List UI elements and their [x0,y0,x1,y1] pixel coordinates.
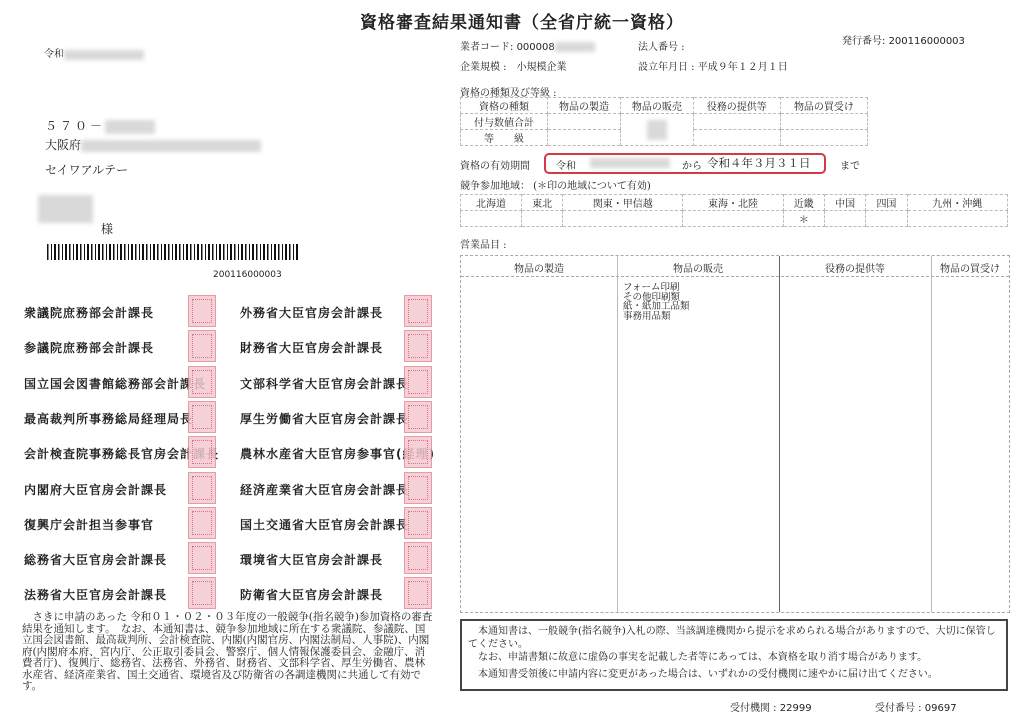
official-seal-stamp [404,507,432,539]
qual-cell [548,130,621,146]
reception-number-value: 09697 [925,703,957,714]
official-seal-stamp [188,436,216,468]
reception-number-label: 受付番号 : [875,703,922,714]
validity-label: 資格の有効期間 [460,157,530,172]
qual-header: 物品の製造 [548,98,621,114]
region-header: 東海・北陸 [683,195,783,211]
notice-line: 本通知書受領後に申請内容に変更があった場合は、いずれかの受付機関に速やかに届け出… [468,668,1000,681]
official-seal-stamp [404,330,432,362]
issue-number-value: 200116000003 [889,36,965,47]
vendor-code-label: 業者コード: [460,42,513,53]
date-prefix: 令和 [44,49,64,60]
official-seal-stamp [404,577,432,609]
issue-number: 発行番号: 200116000003 [842,32,965,47]
sales-item: 事務用品類 [623,312,690,322]
qual-row-label: 付与数値合計 [461,114,548,130]
official-title: 経済産業省大臣官房会計課長 [240,481,409,498]
official-title: 最高裁判所事務総局経理局長 [24,410,193,427]
date-line: 令和 [44,45,144,60]
region-mark [824,211,865,227]
redacted-date [64,50,144,60]
official-seal-stamp [188,401,216,433]
founded-date: 設立年月日 : 平成９年１２月１日 [638,58,788,73]
redacted-person [38,195,93,223]
region-header: 東北 [521,195,562,211]
official-title: 復興庁会計担当参事官 [24,516,154,533]
postal-code: ５７０－ [45,117,155,134]
business-items-table: 物品の製造 物品の販売 役務の提供等 物品の買受け フォーム印刷 その他印刷類 … [460,255,1010,613]
qual-header: 物品の買受け [780,98,867,114]
honorific: 様 [101,220,113,237]
founded-value: 平成９年１２月１日 [698,62,788,73]
business-items-label: 営業品目 : [460,236,507,251]
issue-number-label: 発行番号: [842,36,885,47]
qual-cell [548,114,621,130]
founded-label: 設立年月日 : [638,62,695,73]
regions-table: 北海道 東北 関東・甲信越 東海・北陸 近畿 中国 四国 九州・沖縄 ＊ [460,194,1008,227]
official-title: 環境省大臣官房会計課長 [240,551,383,568]
postal-prefix: ５７０－ [45,119,105,133]
region-mark [563,211,683,227]
qualification-header-row: 資格の種類 物品の製造 物品の販売 役務の提供等 物品の買受け [461,98,868,114]
document-title: 資格審査結果通知書（全省庁統一資格） [360,8,684,33]
company-scale-label: 企業規模 : [460,62,507,73]
official-seal-stamp [188,542,216,574]
official-seal-stamp [404,366,432,398]
official-title: 参議院庶務部会計課長 [24,339,154,356]
items-header: 物品の販売 [617,260,779,275]
region-mark [866,211,907,227]
region-header: 九州・沖縄 [907,195,1007,211]
official-title: 国土交通省大臣官房会計課長 [240,516,409,533]
reception-org-value: 22999 [780,703,812,714]
validity-to: 令和４年３月３１日 [707,155,811,171]
company-scale: 企業規模 : 小規模企業 [460,58,567,73]
regions-mark-row: ＊ [461,211,1008,227]
qual-header: 資格の種類 [461,98,548,114]
validity-until: まで [840,157,860,172]
qual-row-label: 等 級 [461,130,548,146]
qualification-table: 資格の種類 物品の製造 物品の販売 役務の提供等 物品の買受け 付与数値合計 等… [460,97,868,146]
items-header: 役務の提供等 [779,260,931,275]
notice-line: 本通知書は、一般競争(指名競争)入札の際、当該調達機関から提示を求められる場合が… [468,625,1000,651]
official-seal-stamp [404,542,432,574]
region-header: 関東・甲信越 [563,195,683,211]
region-header: 近畿 [783,195,824,211]
official-title: 衆議院庶務部会計課長 [24,304,154,321]
region-mark [521,211,562,227]
items-header: 物品の買受け [931,260,1009,275]
reception-org-label: 受付機関 : [730,703,777,714]
region-header: 四国 [866,195,907,211]
official-seal-stamp [404,472,432,504]
official-seal-stamp [188,295,216,327]
region-header: 中国 [824,195,865,211]
redacted-vendor-code [555,42,595,52]
validity-from-prefix: 令和 [556,157,576,172]
company-name: セイワアルテー [45,161,128,178]
reception-org: 受付機関 : 22999 [730,699,812,714]
official-title: 財務省大臣官房会計課長 [240,339,383,356]
region-mark [461,211,522,227]
qualification-row: 付与数値合計 [461,114,868,130]
sales-items-list: フォーム印刷 その他印刷類 紙・紙加工品類 事務用品類 [623,283,690,321]
address-prefix: 大阪府 [45,138,81,152]
redacted-postal [105,120,155,134]
vendor-code-value: 000008 [517,42,555,53]
region-mark [683,211,783,227]
official-seal-stamp [188,366,216,398]
official-title: 内閣府大臣官房会計課長 [24,481,167,498]
official-seal-stamp [188,472,216,504]
corp-number-label: 法人番号 : [638,38,685,53]
barcode [47,244,299,260]
qual-header: 役務の提供等 [693,98,780,114]
official-seal-stamp [188,577,216,609]
redacted-validity-from [590,158,670,168]
address: 大阪府 [45,136,261,153]
region-header: 北海道 [461,195,522,211]
validity-from-word: から [682,157,702,172]
official-seal-stamp [404,401,432,433]
qual-cell-redacted [620,114,693,146]
official-seal-stamp [188,330,216,362]
company-scale-value: 小規模企業 [517,62,567,73]
official-title: 総務省大臣官房会計課長 [24,551,167,568]
official-title: 文部科学省大臣官房会計課長 [240,375,409,392]
qual-cell [693,130,780,146]
items-header: 物品の製造 [461,260,617,275]
region-mark: ＊ [783,211,824,227]
region-mark [907,211,1007,227]
official-title: 国立国会図書館総務部会計課長 [24,375,206,392]
official-seal-stamp [404,295,432,327]
official-seal-stamp [404,436,432,468]
notice-box: 本通知書は、一般競争(指名競争)入札の際、当該調達機関から提示を求められる場合が… [460,619,1008,691]
regions-header-row: 北海道 東北 関東・甲信越 東海・北陸 近畿 中国 四国 九州・沖縄 [461,195,1008,211]
official-title: 防衛省大臣官房会計課長 [240,586,383,603]
qual-cell [780,114,867,130]
official-seal-stamp [188,507,216,539]
qual-cell [780,130,867,146]
notice-line: なお、申請書類に故意に虚偽の事実を記載した者等にあっては、本資格を取り消す場合が… [468,651,1000,664]
regions-label: 競争参加地域： (＊印の地域について有効) [460,177,651,192]
notice-paragraph: さきに申請のあった 令和０１・０２・０３年度の一般競争(指名競争)参加資格の審査… [22,612,434,693]
vendor-code: 業者コード: 000008 [460,38,595,53]
official-title: 厚生労働省大臣官房会計課長 [240,410,409,427]
official-title: 外務省大臣官房会計課長 [240,304,383,321]
official-title: 法務省大臣官房会計課長 [24,586,167,603]
qual-header: 物品の販売 [620,98,693,114]
reception-number: 受付番号 : 09697 [875,699,957,714]
barcode-number: 200116000003 [213,270,282,280]
redacted-address [81,140,261,152]
qual-cell [693,114,780,130]
